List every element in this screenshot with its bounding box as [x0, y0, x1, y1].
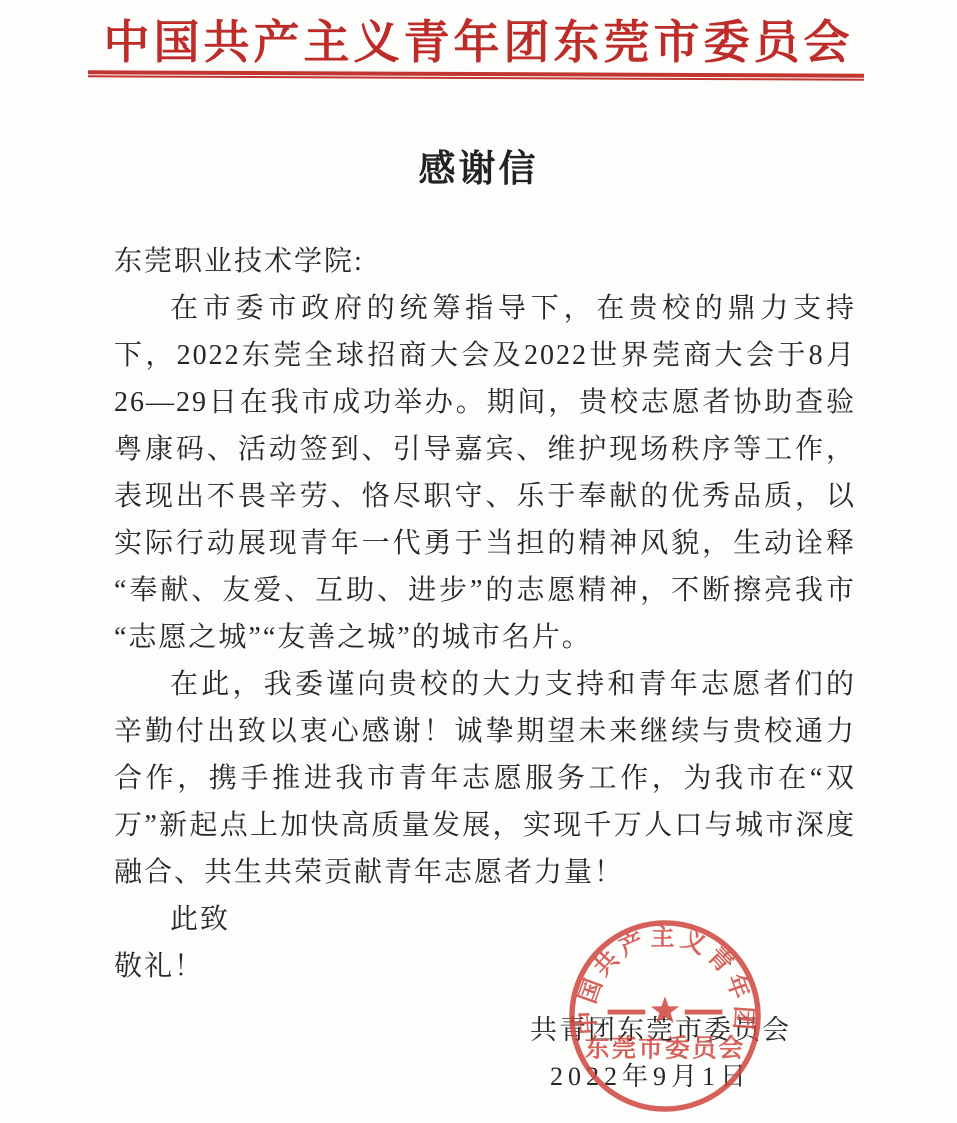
- closing-jingli: 敬礼！: [114, 943, 856, 990]
- body-paragraph-2: 在此，我委谨向贵校的大力支持和青年志愿者们的辛勤付出致以衷心感谢！诚挚期望未来继…: [114, 661, 856, 896]
- closing-cizhi: 此致: [114, 896, 856, 943]
- letter-body: 东莞职业技术学院: 在市委市政府的统筹指导下，在贵校的鼎力支持下，2022东莞全…: [114, 238, 856, 990]
- salutation: 东莞职业技术学院:: [114, 238, 856, 285]
- letterhead-org-name: 中国共产主义青年团东莞市委员会: [0, 6, 957, 72]
- document-title: 感谢信: [0, 138, 957, 192]
- signature-date: 2022年9月1日: [550, 1056, 751, 1093]
- body-paragraph-1: 在市委市政府的统筹指导下，在贵校的鼎力支持下，2022东莞全球招商大会及2022…: [114, 285, 856, 661]
- scanned-letter-page: 中国共产主义青年团东莞市委员会 感谢信 东莞职业技术学院: 在市委市政府的统筹指…: [0, 0, 957, 1123]
- signature-org-name: 共青团东莞市委员会: [530, 1008, 791, 1047]
